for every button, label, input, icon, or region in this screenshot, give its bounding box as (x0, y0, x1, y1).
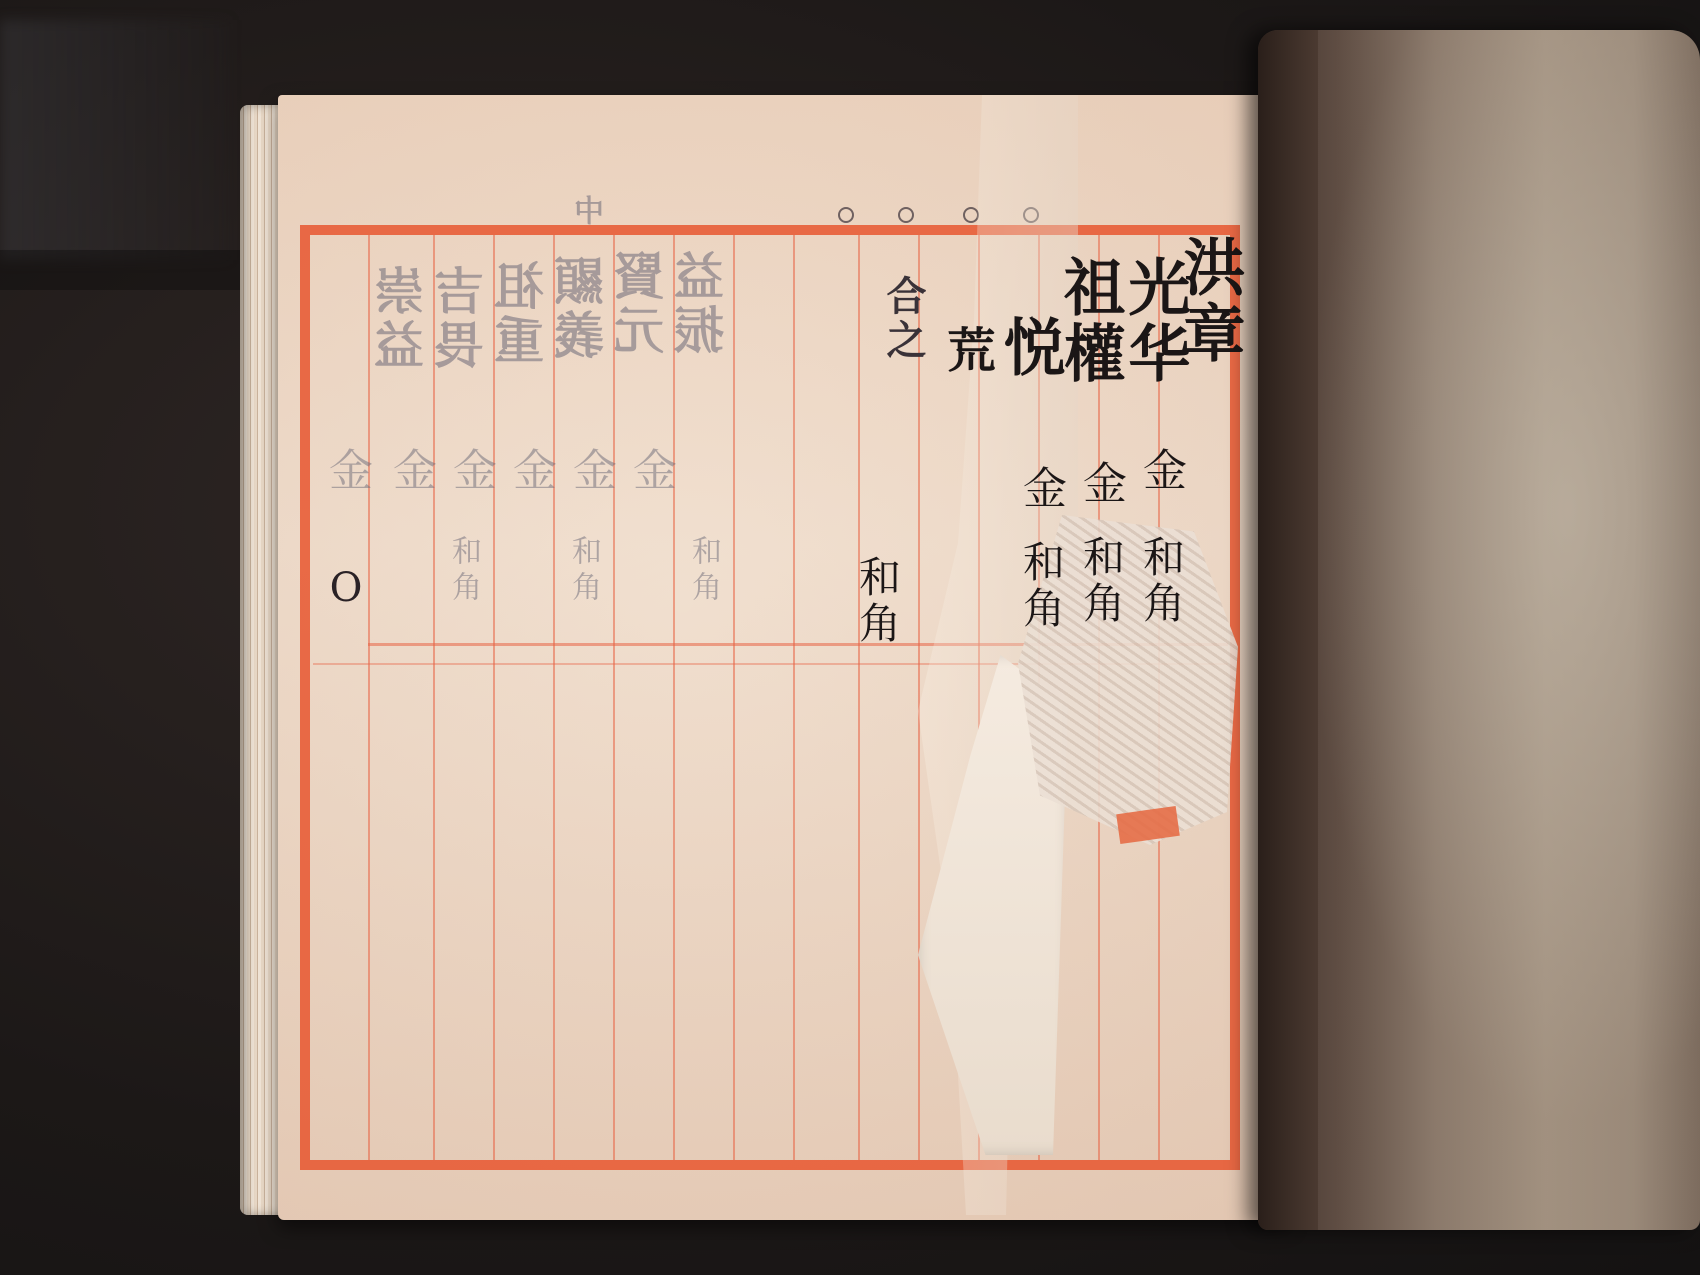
faded-entry-amount: 金 (568, 447, 612, 519)
faded-entry-amount: 和角 (568, 535, 598, 607)
binding-hole (838, 207, 854, 223)
cover-shadow-edge (1258, 30, 1318, 1230)
column-rule (613, 235, 615, 1160)
faded-entry-name: 崇益 (378, 265, 428, 373)
column-rule (858, 235, 860, 1160)
entry-amount-label: 金 (1138, 447, 1182, 519)
faded-entry-name: 吉畏 (438, 265, 488, 373)
faded-entry-name: 祖重 (498, 260, 548, 368)
ink-blot: O (326, 565, 366, 611)
entry-amount: 和角 (1140, 535, 1182, 627)
faded-entry-amount: 和角 (688, 535, 718, 607)
column-rule (733, 235, 735, 1160)
faded-entry-name: 顯義 (558, 255, 608, 363)
faded-entry-name: 益振 (678, 250, 728, 358)
entry-amount: 和角 (1080, 535, 1122, 627)
binding-hole (898, 207, 914, 223)
column-rule (918, 235, 920, 1160)
binding-hole (963, 207, 979, 223)
faded-entry-amount: 金 (324, 447, 368, 519)
entry-amount: 和角 (856, 555, 898, 647)
faded-entry-amount: 金 (628, 447, 672, 519)
ledger-page: 崇益 吉畏 祖重 顯義 賢元 益振 中 金 金 金 金 金 金 和角 和角 和角… (278, 95, 1288, 1220)
faded-entry-amount: 金 (388, 447, 432, 519)
column-rule (553, 235, 555, 1160)
entry-amount-label: 金 (1078, 460, 1122, 532)
faded-entry-name: 賢元 (618, 250, 668, 358)
column-rule (493, 235, 495, 1160)
entry-name: 祖權 (1058, 255, 1120, 387)
entry-amount: 和角 (1020, 540, 1062, 632)
faded-entry-amount: 和角 (448, 535, 478, 607)
ledger-book: 崇益 吉畏 祖重 顯義 賢元 益振 中 金 金 金 金 金 金 和角 和角 和角… (240, 95, 1300, 1230)
entry-name: 悦 (998, 315, 1060, 381)
rolled-book-cover (1258, 30, 1700, 1230)
entry-name: 荒 (943, 325, 991, 377)
column-rule (793, 235, 795, 1160)
column-rule (433, 235, 435, 1160)
entry-name: 光华 (1123, 255, 1185, 387)
column-rule (368, 235, 370, 1160)
column-rule (673, 235, 675, 1160)
faded-entry-amount: 金 (508, 447, 552, 519)
margin-mark: 中 (578, 195, 608, 229)
entry-amount-label: 金 (1018, 465, 1062, 537)
background-shelf-blur (0, 20, 230, 260)
entry-name: 合之 (883, 275, 923, 363)
faded-entry-amount: 金 (448, 447, 492, 519)
